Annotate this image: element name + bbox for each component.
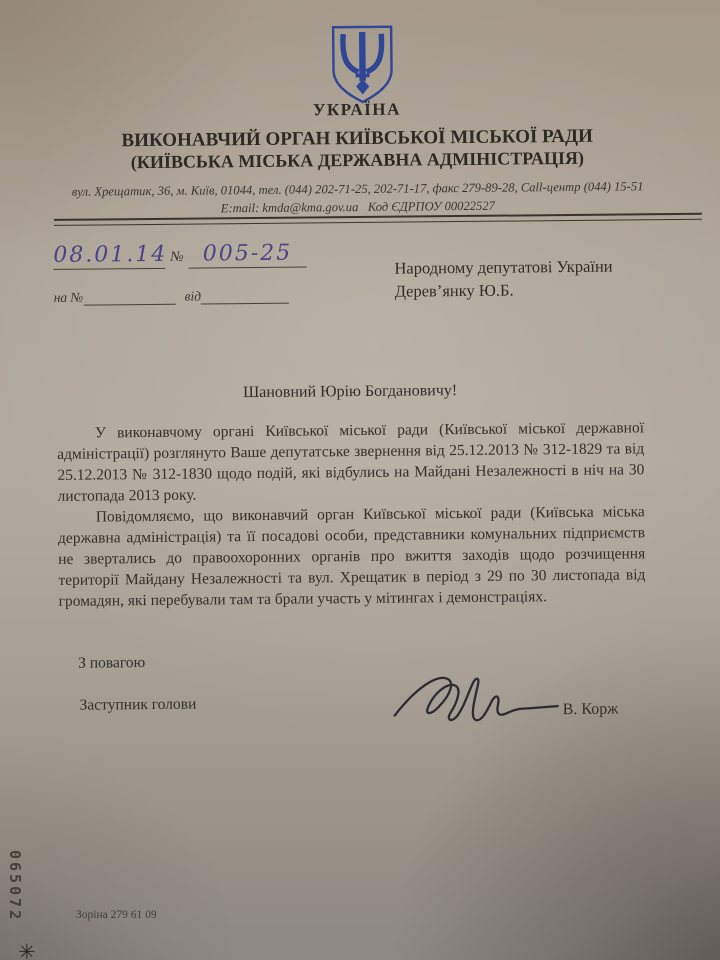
- ukraine-trident-emblem: [327, 24, 398, 107]
- outgoing-number-field: 005-25: [188, 241, 306, 269]
- letter-sheet: УКРАЇНА ВИКОНАВЧИЙ ОРГАН КИЇВСЬКОЇ МІСЬК…: [0, 0, 720, 960]
- letter-body: У виконавчому органі Київської міської р…: [57, 417, 646, 612]
- trident-icon: [327, 24, 398, 107]
- country-name: УКРАЇНА: [17, 97, 697, 124]
- position-title: Заступник голови: [80, 696, 197, 715]
- body-paragraph-1: У виконавчому органі Київської міської р…: [57, 417, 645, 507]
- outgoing-reference-line: 08.01.14 № 005-25: [53, 241, 306, 270]
- salutation: Шановний Юрію Богдановичу!: [57, 380, 644, 404]
- signer-name: В. Корж: [563, 701, 619, 720]
- recipient-line1: Народному депутатові України: [394, 255, 612, 280]
- number-sign: №: [170, 250, 183, 269]
- regards-line: З повагою: [78, 654, 145, 673]
- stamp-mark: ✳: [18, 940, 36, 960]
- body-paragraph-2: Повідомляємо, що виконавчий орган Київсь…: [58, 501, 646, 612]
- recipient-line2: Дерев’янку Ю.Б.: [395, 278, 613, 303]
- outgoing-date-field: 08.01.14: [53, 242, 165, 270]
- recipient-block: Народному депутатові України Дерев’янку …: [394, 255, 613, 303]
- reply-reference-line: на № від: [54, 288, 290, 306]
- letter-photograph: УКРАЇНА ВИКОНАВЧИЙ ОРГАН КИЇВСЬКОЇ МІСЬК…: [0, 0, 720, 960]
- reply-date-blank: [201, 290, 289, 305]
- reply-number-blank: [83, 291, 175, 306]
- blank-serial-number: 065072: [6, 850, 24, 922]
- reply-from-label: від: [185, 289, 202, 304]
- signature-scribble: [388, 664, 563, 738]
- signature-ink-icon: [388, 664, 563, 738]
- typist-note: Зоріна 279 61 09: [76, 909, 157, 921]
- reply-to-label: на №: [54, 290, 84, 305]
